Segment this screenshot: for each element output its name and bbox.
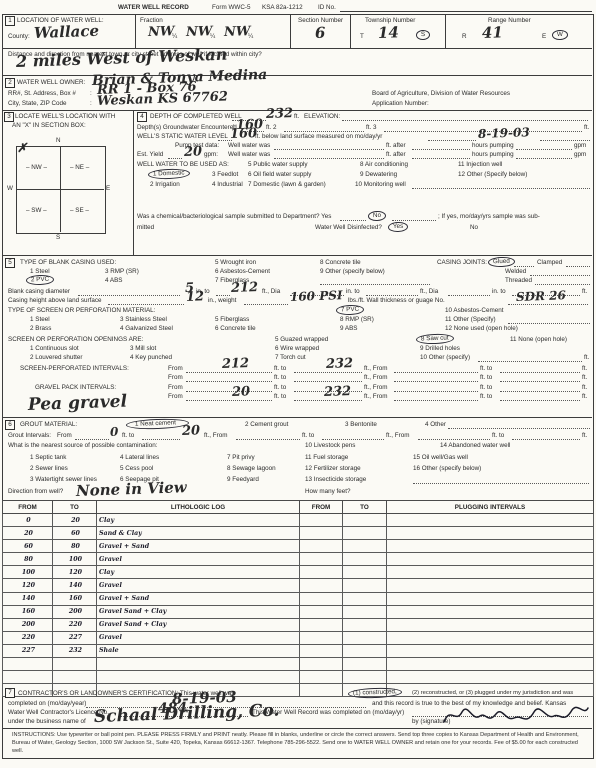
log-header-to2: TO	[343, 501, 387, 514]
plug-cell-from	[300, 540, 343, 553]
casing-depth-value: 212	[231, 281, 259, 297]
dotted-leader	[412, 187, 590, 189]
well-use-label: WELL WATER TO BE USED AS:	[137, 161, 229, 168]
screen-option: 6 Concrete tile	[215, 325, 256, 332]
log-cell-from: 140	[3, 592, 53, 605]
ft-to-label: ft. to	[302, 432, 314, 439]
depth-completed-label: DEPTH OF COMPLETED WELL	[150, 113, 242, 120]
log-cell-description: Gravel + Sand	[97, 540, 300, 553]
log-cell-to: 227	[53, 631, 97, 644]
use-option: 6 Oil field water supply	[248, 171, 311, 178]
dotted-leader	[244, 303, 288, 305]
in-to-label: in. to	[492, 288, 506, 295]
log-cell-from: 220	[3, 631, 53, 644]
dotted-leader	[500, 371, 580, 373]
constructed-circled: (1) constructed,	[348, 687, 402, 699]
plug-cell-to	[343, 566, 387, 579]
rule	[2, 255, 592, 256]
casing-option: 9 Other (specify below)	[320, 268, 385, 275]
dotted-leader	[394, 380, 478, 382]
casing-height-value: 12	[186, 290, 205, 306]
dotted-leader	[274, 157, 384, 159]
use-option: 10 Monitoring well	[355, 181, 406, 188]
log-row: 140160Gravel + Sand	[3, 592, 594, 605]
screen-option: 8 RMP (SR)	[340, 316, 374, 323]
log-row: 220227Gravel	[3, 631, 594, 644]
log-cell-to: 220	[53, 618, 97, 631]
ft-to-label: ft. to	[480, 374, 492, 381]
log-cell-from	[3, 658, 53, 671]
screen-option: 3 Stainless Steel	[120, 316, 167, 323]
range-e-label: E	[542, 33, 546, 40]
dotted-leader	[530, 274, 590, 276]
dotted-leader	[186, 390, 272, 392]
ft-label: ft.	[294, 113, 299, 120]
plug-cell-from	[300, 618, 343, 631]
log-row: 6080Gravel + Sand	[3, 540, 594, 553]
joint-welded-label: Welded	[505, 268, 526, 275]
colon: :	[90, 100, 92, 107]
ft-dia-label: ft., Dia	[262, 288, 280, 295]
dotted-leader	[186, 380, 272, 382]
disinfected-no-label: No	[470, 224, 478, 231]
plug-cell-to	[343, 540, 387, 553]
screen-option: 12 None used (open hole)	[445, 325, 518, 332]
contamination-option: 15 Oil well/Gas well	[413, 454, 468, 461]
owner-address-label: RR#, St. Address, Box #	[8, 90, 76, 97]
plug-cell-to	[343, 631, 387, 644]
direction-from-well-label: Direction from well?	[8, 488, 63, 495]
dotted-leader	[516, 157, 572, 159]
dotted-leader	[322, 438, 384, 440]
dotted-leader	[294, 380, 362, 382]
log-row: 120140Gravel	[3, 579, 594, 592]
dotted-leader	[320, 283, 430, 285]
plug-cell-from	[300, 671, 343, 684]
county-label: County:	[8, 33, 30, 40]
dotted-leader	[508, 303, 588, 305]
log-header-from2: FROM	[300, 501, 343, 514]
grout-from-value: 0	[110, 426, 119, 440]
static-level-date-value: 8-19-03	[478, 126, 530, 142]
log-cell-to	[53, 658, 97, 671]
log-row	[3, 671, 594, 684]
grout-material-label: GROUT MATERIAL:	[20, 421, 77, 428]
log-header-to: TO	[53, 501, 97, 514]
dotted-leader	[500, 390, 580, 392]
screen-option: 9 ABS	[340, 325, 358, 332]
lithologic-table-body: 020Clay2060Sand & Clay6080Gravel + Sand8…	[3, 514, 594, 697]
ft-dia-label: ft., Dia	[420, 288, 438, 295]
casing-option: 6 Asbestos-Cement	[215, 268, 270, 275]
disinfected-yes-circled: Yes	[388, 222, 409, 233]
dotted-leader	[412, 148, 470, 150]
plug-cell-to	[343, 605, 387, 618]
certification-text-2: (2) reconstructed, or (3) plugged under …	[412, 690, 573, 697]
opening-option: 4 Key punched	[130, 354, 172, 361]
log-cell-description: Gravel	[97, 579, 300, 592]
log-cell-description: Gravel Sand + Clay	[97, 618, 300, 631]
plug-cell-from	[300, 527, 343, 540]
log-row: 160200Gravel Sand + Clay	[3, 605, 594, 618]
use-option: 8 Air conditioning	[360, 161, 408, 168]
range-value: 41	[482, 24, 503, 42]
form-statute: KSA 82a-1212	[262, 4, 303, 11]
plug-cell-from	[300, 566, 343, 579]
application-number-label: Application Number:	[372, 100, 429, 107]
est-yield-label: Est. Yield	[137, 151, 163, 158]
dotted-leader	[394, 390, 478, 392]
screen-option: 5 Fiberglass	[215, 316, 249, 323]
use-option: 9 Dewatering	[360, 171, 397, 178]
dotted-leader	[500, 380, 580, 382]
ft-from-label: ft., From	[204, 432, 227, 439]
plug-cell-interval	[387, 671, 594, 684]
plug-cell-interval	[387, 579, 594, 592]
plug-cell-from	[300, 658, 343, 671]
disinfected-label: Water Well Disinfected?	[315, 224, 382, 231]
opening-option: 6 Wire wrapped	[275, 345, 319, 352]
openings-label: SCREEN OR PERFORATION OPENINGS ARE:	[8, 336, 143, 343]
plug-cell-to	[343, 527, 387, 540]
gravel-pack-material-value: Pea gravel	[28, 393, 128, 416]
county-value: Wallace	[34, 23, 100, 43]
contamination-option: 12 Fertilizer storage	[305, 465, 361, 472]
log-cell-to: 80	[53, 540, 97, 553]
how-many-feet-label: How many feet?	[305, 488, 351, 495]
id-no-blank-line	[340, 11, 592, 12]
casing-option: 5 Wrought iron	[215, 259, 256, 266]
screen-option: 4 Galvanized Steel	[120, 325, 173, 332]
owner-title: WATER WELL OWNER:	[17, 79, 85, 86]
log-cell-from: 100	[3, 566, 53, 579]
signature-scribble	[442, 698, 590, 730]
gravel-pack-intervals-label: GRAVEL PACK INTERVALS:	[35, 384, 116, 391]
dotted-leader	[508, 322, 590, 324]
dotted-leader	[108, 303, 184, 305]
dotted-leader	[274, 148, 384, 150]
plug-cell-to	[343, 579, 387, 592]
dotted-leader	[516, 148, 572, 150]
lithologic-log-table: FROM TO LITHOLOGIC LOG FROM TO PLUGGING …	[2, 500, 594, 697]
use-option: 3 Feedlot	[212, 171, 238, 178]
dotted-leader	[448, 294, 490, 296]
log-row: 100120Clay	[3, 566, 594, 579]
screen-option: 1 Steel	[30, 316, 50, 323]
plug-cell-interval	[387, 631, 594, 644]
use-option: 5 Public water supply	[248, 161, 308, 168]
dotted-leader	[418, 438, 490, 440]
business-name-value: Schaal Drilling, Co.	[94, 702, 280, 728]
screen-perforated-intervals-label: SCREEN-PERFORATED INTERVALS:	[20, 365, 129, 372]
dotted-leader	[78, 294, 180, 296]
dotted-leader	[566, 265, 590, 267]
use-option: 4 Industrial	[212, 181, 243, 188]
log-row: 2060Sand & Clay	[3, 527, 594, 540]
plug-cell-from	[300, 579, 343, 592]
township-value: 14	[378, 24, 399, 42]
ft-from-label: ft., From	[364, 384, 387, 391]
ft-from-label: ft., From	[386, 432, 409, 439]
plug-cell-interval	[387, 527, 594, 540]
gpm-colon-label: gpm:	[204, 151, 218, 158]
dotted-leader	[514, 265, 534, 267]
log-cell-to: 140	[53, 579, 97, 592]
blank-casing-diameter-label: Blank casing diameter	[8, 288, 70, 295]
screen-pvc-circled: 7 PVC	[336, 305, 365, 316]
log-row: 020Clay	[3, 514, 594, 527]
screen-material-label: TYPE OF SCREEN OR PERFORATION MATERIAL:	[8, 307, 155, 314]
plug-cell-interval	[387, 592, 594, 605]
plug-cell-to	[343, 618, 387, 631]
owner-city-value: Weskan KS 67762	[97, 90, 228, 109]
dotted-leader	[168, 157, 182, 159]
ft-label: ft.	[584, 354, 589, 361]
rule	[2, 110, 592, 111]
screen-option: 10 Asbestos-Cement	[445, 307, 503, 314]
contamination-option: 9 Feedyard	[227, 476, 259, 483]
log-row: 227232Shale	[3, 644, 594, 657]
log-cell-description: Clay	[97, 514, 300, 527]
board-of-agriculture-label: Board of Agriculture, Division of Water …	[372, 90, 510, 97]
dotted-leader	[535, 283, 590, 285]
form-number: Form WWC-5	[212, 4, 250, 11]
quarter-mark: ¼	[248, 33, 253, 40]
casing-pvc-circled: 2 PVC	[26, 275, 55, 286]
log-header-plugging: PLUGGING INTERVALS	[387, 501, 594, 514]
log-cell-from: 160	[3, 605, 53, 618]
section5-title: TYPE OF BLANK CASING USED:	[20, 259, 116, 266]
plug-cell-from	[300, 644, 343, 657]
grout-option: 3 Bentonite	[345, 421, 377, 428]
log-row	[3, 658, 594, 671]
opening-option: 7 Torch cut	[275, 354, 306, 361]
joint-glued-circled: Glued	[488, 257, 515, 268]
range-w-circled: W	[552, 30, 568, 41]
sample-no-circled: No	[368, 211, 386, 222]
use-option: 7 Domestic (lawn & garden)	[248, 181, 326, 188]
plug-cell-interval	[387, 618, 594, 631]
contamination-option: 1 Septic tank	[30, 454, 66, 461]
plug-cell-from	[300, 514, 343, 527]
log-cell-from: 200	[3, 618, 53, 631]
contamination-option: 16 Other (specify below)	[413, 465, 481, 472]
log-cell-description: Sand & Clay	[97, 527, 300, 540]
dotted-leader	[366, 294, 418, 296]
plug-cell-to	[343, 644, 387, 657]
log-cell-description: Clay	[97, 566, 300, 579]
dotted-leader	[216, 294, 230, 296]
township-s-circled: S	[416, 30, 431, 41]
from-label: From	[57, 432, 72, 439]
log-cell-to: 232	[53, 644, 97, 657]
log-cell-description: Gravel	[97, 553, 300, 566]
contamination-option: 4 Lateral lines	[120, 454, 159, 461]
log-row: 80100Gravel	[3, 553, 594, 566]
log-cell-description: Gravel Sand + Clay	[97, 605, 300, 618]
plug-cell-interval	[387, 566, 594, 579]
owner-city-label: City, State, ZIP Code	[8, 100, 67, 107]
opening-option: 11 None (open hole)	[510, 336, 567, 343]
fraction-q2-value: NW	[186, 25, 213, 41]
grout-neat-cement-circled: 1 Neat cement	[126, 418, 189, 430]
contamination-option: 10 Livestock pens	[305, 442, 355, 449]
grout-option: 4 Other	[425, 421, 446, 428]
hours-pumping-label: hours pumping	[472, 151, 514, 158]
dotted-leader	[394, 371, 478, 373]
fraction-q1-value: NW	[148, 25, 175, 41]
dotted-leader	[540, 139, 590, 141]
dotted-leader	[75, 438, 109, 440]
est-yield-value: 20	[184, 145, 203, 161]
plug-cell-from	[300, 553, 343, 566]
log-cell-to: 160	[53, 592, 97, 605]
plug-cell-from	[300, 592, 343, 605]
opening-option: 5 Guazed wrapped	[275, 336, 328, 343]
well-water-was-label: Well water was	[228, 151, 270, 158]
ft-label: ft.	[582, 432, 587, 439]
opening-option: 3 Mill slot	[130, 345, 156, 352]
ft-label: ft.	[582, 384, 587, 391]
groundwater-label: Depth(s) Groundwater Encountered	[137, 124, 237, 131]
grout-intervals-label: Grout Intervals:	[8, 432, 51, 439]
section-number-value: 6	[315, 25, 326, 43]
plug-cell-interval	[387, 658, 594, 671]
log-cell-description: Gravel	[97, 631, 300, 644]
log-cell-to: 20	[53, 514, 97, 527]
plug-cell-to	[343, 514, 387, 527]
ft-after-label: ft. after	[386, 142, 406, 149]
dotted-leader	[428, 139, 476, 141]
use-option: 11 Injection well	[458, 161, 502, 168]
log-cell-from: 60	[3, 540, 53, 553]
colon: :	[90, 90, 92, 97]
completed-on-label: completed on (mo/day/year)	[8, 700, 86, 707]
log-cell-description	[97, 671, 300, 684]
quarter-mark: ¼	[210, 33, 215, 40]
gpm-label: gpm	[574, 151, 586, 158]
ft-label: ft.	[582, 365, 587, 372]
form-title: WATER WELL RECORD	[118, 4, 189, 11]
ft-label: ft.	[582, 288, 587, 295]
ft-label: ft.	[582, 374, 587, 381]
plug-cell-interval	[387, 553, 594, 566]
ft-from-label: ft., From	[364, 374, 387, 381]
contamination-option: 5 Cess pool	[120, 465, 153, 472]
casing-joints-label: CASING JOINTS:	[437, 259, 487, 266]
in-to-label: in. to	[346, 288, 360, 295]
dotted-leader	[478, 360, 582, 362]
joint-threaded-label: Threaded	[505, 277, 532, 284]
contamination-option: 8 Sewage lagoon	[227, 465, 276, 472]
log-cell-to: 120	[53, 566, 97, 579]
hours-pumping-label: hours pumping	[472, 142, 514, 149]
contamination-option: 2 Sewer lines	[30, 465, 68, 472]
plug-cell-interval	[387, 540, 594, 553]
plug-cell-to	[343, 658, 387, 671]
dotted-leader	[340, 219, 366, 221]
from-label: From	[168, 384, 183, 391]
ft-to-label: ft. to	[492, 432, 504, 439]
log-cell-from: 0	[3, 514, 53, 527]
plug-cell-interval	[387, 514, 594, 527]
contamination-option: 7 Pit privy	[227, 454, 255, 461]
water-well-record-form: WATER WELL RECORD Form WWC-5 KSA 82a-121…	[0, 0, 596, 768]
wall-thickness-label: lbs./ft. Wall thickness or guage No.	[348, 297, 445, 304]
plug-cell-to	[343, 592, 387, 605]
log-cell-to: 100	[53, 553, 97, 566]
instructions-box: INSTRUCTIONS: Use typewriter or ball poi…	[2, 728, 592, 758]
log-header-from: FROM	[3, 501, 53, 514]
in-weight-label: in., weight	[208, 297, 236, 304]
id-no-label: ID No.	[318, 4, 336, 11]
casing-option: 8 Concrete tile	[320, 259, 361, 266]
spi-to-value: 232	[326, 357, 354, 373]
contamination-option: 13 Insecticide storage	[305, 476, 366, 483]
dotted-leader	[236, 438, 300, 440]
contamination-option: 14 Abandoned water well	[440, 442, 510, 449]
static-water-level-label: WELL'S STATIC WATER LEVEL	[137, 133, 228, 140]
joint-clamped-label: Clamped	[537, 259, 562, 266]
ft-after-label: ft. after	[386, 151, 406, 158]
static-water-level-value: 160	[230, 127, 258, 143]
rule	[2, 75, 592, 76]
log-cell-from: 80	[3, 553, 53, 566]
spi-from-value: 212	[222, 357, 250, 373]
ft-label: ft.	[584, 124, 589, 131]
dotted-leader	[142, 438, 180, 440]
log-cell-description	[97, 658, 300, 671]
log-cell-description: Shale	[97, 644, 300, 657]
grout-option: 2 Cement grout	[245, 421, 288, 428]
dotted-leader	[412, 157, 470, 159]
business-name-label: under the business name of	[8, 718, 86, 725]
dotted-leader	[448, 427, 590, 429]
log-cell-to	[53, 671, 97, 684]
log-cell-to: 200	[53, 605, 97, 618]
opening-option: 9 Drilled holes	[420, 345, 460, 352]
grout-to-value: 20	[182, 424, 201, 440]
instructions-text: INSTRUCTIONS: Use typewriter or ball poi…	[12, 731, 586, 755]
casing-option: 3 RMP (SR)	[105, 268, 139, 275]
ft-from-label: ft., From	[364, 365, 387, 372]
township-t-label: T	[360, 33, 364, 40]
dotted-leader	[512, 438, 580, 440]
ft2-label: ft. 2	[266, 124, 277, 131]
casing-weight-value: 160 PSI	[290, 289, 343, 305]
use-option: 2 Irrigation	[150, 181, 180, 188]
contamination-label: What is the nearest source of possible c…	[8, 442, 157, 449]
opening-option: 2 Louvered shutter	[30, 354, 83, 361]
log-cell-description: Gravel + Sand	[97, 592, 300, 605]
casing-height-label: Casing height above land surface	[8, 297, 101, 304]
plug-cell-interval	[387, 605, 594, 618]
ft-to-label: ft. to	[274, 365, 286, 372]
well-water-was-label: Well water was	[228, 142, 270, 149]
log-header-row: FROM TO LITHOLOGIC LOG FROM TO PLUGGING …	[3, 501, 594, 514]
use-option-domestic-circled: 1 Domestic	[148, 168, 190, 180]
log-cell-from	[3, 671, 53, 684]
plug-cell-interval	[387, 644, 594, 657]
compass-s: S	[56, 234, 60, 241]
elevation-label: ELEVATION:	[304, 113, 340, 120]
ft-to-label: ft. to	[480, 365, 492, 372]
log-cell-from: 120	[3, 579, 53, 592]
gpm-label: gpm	[574, 142, 586, 149]
plug-cell-to	[343, 553, 387, 566]
dotted-leader	[392, 219, 436, 221]
plug-cell-from	[300, 605, 343, 618]
